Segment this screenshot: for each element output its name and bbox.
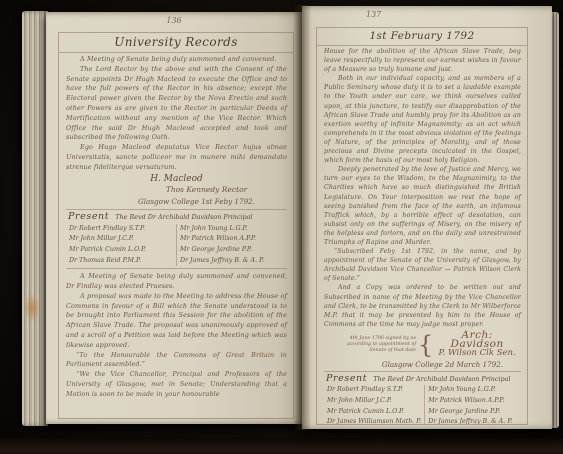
paragraph-justice-and-mercy: Deeply penetrated by the love of Justice… xyxy=(324,165,521,247)
paragraph-praeses-elected: A Meeting of Senate being duly summoned … xyxy=(66,272,287,292)
present-principal: The Revd Dr Archibald Davidson Principal xyxy=(115,213,252,221)
signature-wilson-clerk: P. Wilson Clk Sen. xyxy=(433,349,521,358)
paragraph-subscribed: “Subscribed Feby 1st 1792, in the name, … xyxy=(324,247,521,283)
petition-opening-line: “We the Vice Chancellor, Principal and P… xyxy=(66,370,287,399)
present-name: Mr John Millar J.C.P. xyxy=(69,234,173,245)
signature-macleod: H. Macleod xyxy=(66,175,287,185)
signature-stack: Arch: Davidson P. Wilson Clk Sen. xyxy=(433,331,521,358)
present-column-left: Dr Robert Findlay S.T.P. Mr John Millar … xyxy=(324,385,424,424)
present-name: Mr Patrick Cumin L.O.P. xyxy=(69,245,173,256)
present-label: Present xyxy=(68,211,109,222)
left-page-content: A Meeting of Senate being duly summoned … xyxy=(59,52,293,418)
present-name: Mr Patrick Wilson A.P.P. xyxy=(180,234,284,245)
manuscript-photo: 136 University Records A Meeting of Sena… xyxy=(0,0,563,454)
right-page-number: 137 xyxy=(366,10,381,19)
margin-note-1796: 4th June 1796 signed by us according to … xyxy=(330,336,418,354)
present-name: Dr Robert Findlay S.T.P. xyxy=(327,385,421,396)
paragraph-copy-ordered: And a Copy was ordered to be written out… xyxy=(324,283,521,328)
paragraph-vice-rector-appointment: The Lord Rector by the above and with th… xyxy=(66,65,287,143)
brace-glyph: { xyxy=(418,334,433,356)
present-header: Present The Revd Dr Archibald Davidson P… xyxy=(324,373,521,385)
present-column-right: Mr John Young L.G.P. Mr Patrick Wilson A… xyxy=(176,224,287,266)
present-name: Dr Robert Findlay S.T.P. xyxy=(69,224,173,235)
signature-davidson: Arch: Davidson xyxy=(433,331,521,349)
present-name: Mr Patrick Wilson A.P.P. xyxy=(428,396,518,407)
present-name: Mr John Young L.G.P. xyxy=(428,385,518,396)
paragraph-meeting-convened: A Meeting of Senate being duly summoned … xyxy=(66,55,287,65)
present-name: Dr Thomas Reid P.M.P. xyxy=(69,256,173,267)
left-page-header: University Records xyxy=(59,33,293,53)
present-columns: Dr Robert Findlay S.T.P. Mr John Millar … xyxy=(66,224,287,266)
present-column-left: Dr Robert Findlay S.T.P. Mr John Millar … xyxy=(66,224,176,266)
present-columns: Dr Robert Findlay S.T.P. Mr John Millar … xyxy=(324,385,521,424)
petition-address-line: “To the Honourable the Commons of Great … xyxy=(66,351,287,371)
present-name: Mr Patrick Cumin L.O.P. xyxy=(327,407,421,418)
present-name: Dr James Jeffray B. & A. P. xyxy=(180,256,284,267)
signature-area: 4th June 1796 signed by us according to … xyxy=(330,331,521,358)
paragraph-disapprobation: Both in our individual capacity, and as … xyxy=(324,74,521,165)
present-name: Mr John Young L.G.P. xyxy=(180,224,284,235)
present-name: Dr James Williamson Math. P. xyxy=(327,417,421,424)
paragraph-latin-oath: Ego Hugo Macleod deputatus Vice Rector h… xyxy=(66,143,287,172)
left-page-rule-frame: University Records A Meeting of Senate b… xyxy=(58,32,294,419)
present-principal: The Revd Dr Archibald Davidson Principal xyxy=(373,375,510,383)
present-column-right: Mr John Young L.G.P. Mr Patrick Wilson A… xyxy=(424,385,521,424)
right-page: 137 1st February 1792 House for the abol… xyxy=(302,6,552,429)
right-page-header: 1st February 1792 xyxy=(317,28,527,46)
present-list-1: Present The Revd Dr Archibald Davidson P… xyxy=(66,209,287,269)
dateline-2-march-1792: Glasgow College 2d March 1792. xyxy=(364,360,521,369)
paragraph-petition-continues: House for the abolition of the African S… xyxy=(324,47,521,74)
present-name: Dr James Jeffray B. & A. P. xyxy=(428,417,518,424)
signature-kennedy-rector: Thos Kennedy Rector xyxy=(126,185,287,195)
right-page-rule-frame: 1st February 1792 House for the abolitio… xyxy=(316,27,528,425)
present-name: Mr George Jardine P.P. xyxy=(180,245,284,256)
left-page-number: 136 xyxy=(166,16,181,25)
right-page-content: House for the abolition of the African S… xyxy=(317,45,527,424)
present-name: Mr George Jardine P.P. xyxy=(428,407,518,418)
present-label: Present xyxy=(326,373,367,384)
paragraph-petition-proposal: A proposal was made to the Meeting to ad… xyxy=(66,292,287,351)
present-header: Present The Revd Dr Archibald Davidson P… xyxy=(66,211,287,224)
left-page: 136 University Records A Meeting of Sena… xyxy=(46,12,302,424)
left-page-edges xyxy=(22,11,48,426)
page-edge-stain xyxy=(24,293,40,323)
present-name: Mr John Millar J.C.P. xyxy=(327,396,421,407)
dateline-1-feb-1792: Glasgow College 1st Feby 1792. xyxy=(106,197,287,207)
present-list-2: Present The Revd Dr Archibald Davidson P… xyxy=(324,371,521,424)
table-surface xyxy=(0,438,563,454)
